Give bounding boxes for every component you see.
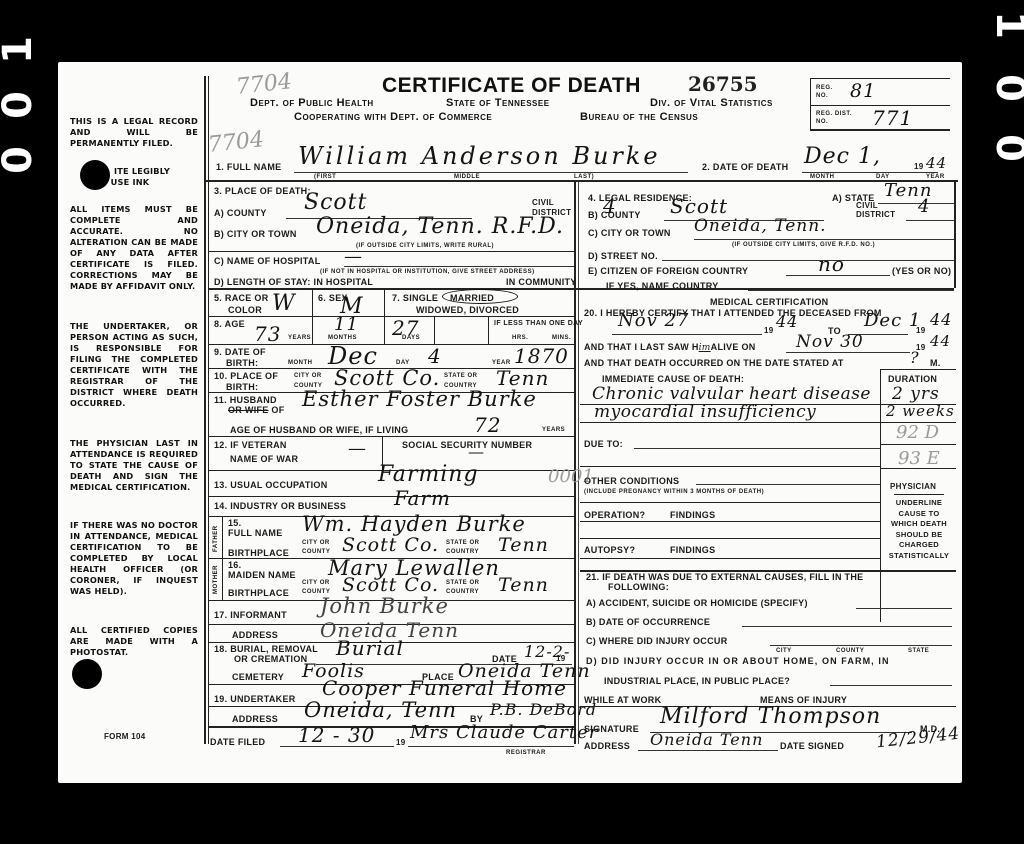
- full-name-value[interactable]: William Anderson Burke: [298, 142, 661, 170]
- signature-label: SIGNATURE: [584, 724, 639, 734]
- reg-no-value: 81: [850, 80, 876, 102]
- from-year-value[interactable]: 44: [776, 312, 798, 331]
- age-label: 8. AGE: [214, 319, 245, 329]
- dob-day-value[interactable]: 4: [428, 344, 442, 368]
- full-name-label: 1. FULL NAME: [216, 162, 281, 172]
- dob-year-value[interactable]: 1870: [514, 344, 569, 368]
- other-conditions-label: OTHER CONDITIONS: [584, 476, 679, 486]
- to-century: 19: [916, 326, 926, 335]
- date-filed-value[interactable]: 12 - 30: [298, 723, 375, 747]
- notice-legal-record: THIS IS A LEGAL RECORD AND WILL BE PERMA…: [70, 116, 198, 149]
- film-frame-mark-right-3: 0: [990, 134, 1024, 162]
- date-filed-label: DATE FILED: [210, 737, 265, 747]
- spouse-age-value[interactable]: 72: [474, 413, 501, 437]
- widowed-divorced-label: WIDOWED, DIVORCED: [416, 305, 519, 315]
- death-century: 19: [914, 162, 924, 171]
- date-of-death-label: 2. DATE OF DEATH: [702, 162, 788, 172]
- death-certificate-document: THIS IS A LEGAL RECORD AND WILL BE PERMA…: [58, 62, 962, 783]
- film-frame-mark-left-1: 1: [0, 36, 38, 64]
- undertaker-address-label: ADDRESS: [232, 714, 278, 724]
- death-county-value[interactable]: Scott: [304, 190, 367, 215]
- hospital-note: (IF NOT IN HOSPITAL OR INSTITUTION, GIVE…: [320, 269, 535, 275]
- film-frame-mark-right-1: 1: [990, 11, 1024, 39]
- industry-value[interactable]: Farm: [394, 486, 451, 510]
- birthplace-label: 10. PLACE OF: [214, 371, 278, 381]
- form-number: FORM 104: [104, 732, 146, 741]
- duration-2-value[interactable]: 2 weeks: [886, 402, 955, 420]
- residence-civil-label: CIVIL: [856, 201, 878, 210]
- last-saw-label: AND THAT I LAST SAW HimALIVE ON: [584, 342, 756, 353]
- film-frame-mark-left-3: 0: [0, 146, 38, 174]
- header-bottom-rule: [204, 180, 958, 182]
- reg-dist-label: REG. DIST. NO.: [816, 110, 864, 126]
- other-conditions-note: (INCLUDE PREGNANCY WITHIN 3 MONTHS OF DE…: [584, 489, 764, 495]
- physician-address-label: ADDRESS: [584, 741, 630, 751]
- mother-state-caption-2: COUNTRY: [446, 589, 479, 595]
- length-of-stay-label: D) LENGTH OF STAY: IN HOSPITAL: [214, 277, 373, 287]
- external-causes-label: 21. IF DEATH WAS DUE TO EXTERNAL CAUSES,…: [586, 572, 863, 582]
- undertaker-value[interactable]: Cooper Funeral Home: [322, 676, 567, 700]
- informant-label: 17. INFORMANT: [214, 610, 287, 620]
- date-signed-label: DATE SIGNED: [780, 741, 844, 751]
- operation-label: OPERATION?: [584, 510, 645, 520]
- father-city-caption-1: CITY OR: [302, 540, 330, 546]
- color-label: COLOR: [228, 305, 262, 315]
- cause-1-value[interactable]: Chronic valvular heart disease: [592, 384, 871, 404]
- form-left-border: [204, 76, 206, 744]
- or-wife-struck-label: OR WIFE: [228, 405, 269, 415]
- race-label: 5. RACE OR: [214, 293, 269, 303]
- birthplace-state-caption-1: STATE OR: [444, 373, 477, 379]
- residence-city-note: (IF OUTSIDE CITY LIMITS, GIVE R.F.D. NO.…: [732, 242, 875, 248]
- occupation-value[interactable]: Farming: [378, 462, 479, 487]
- notice-photostat: ALL CERTIFIED COPIES ARE MADE WITH A PHO…: [70, 625, 198, 658]
- registrar-signature[interactable]: Mrs Claude Carter: [410, 722, 598, 743]
- header-div-vital-statistics: Div. of Vital Statistics: [650, 97, 773, 109]
- immediate-cause-label: IMMEDIATE CAUSE OF DEATH:: [602, 374, 744, 384]
- residence-county-label: B) COUNTY: [588, 210, 641, 220]
- father-name-label: FULL NAME: [228, 528, 283, 538]
- time-suffix: M.: [930, 358, 941, 368]
- veteran-label: 12. IF VETERAN: [214, 440, 287, 450]
- physician-box-title: PHYSICIAN: [890, 482, 936, 491]
- residence-city-label: C) CITY OR TOWN: [588, 228, 671, 238]
- last-saw-value[interactable]: Nov 30: [796, 332, 864, 352]
- death-civil-label: CIVIL: [532, 198, 554, 207]
- father-side-label: FATHER: [213, 525, 219, 552]
- occupation-label: 13. USUAL OCCUPATION: [214, 480, 328, 490]
- certificate-number: 26755: [688, 72, 758, 96]
- mother-item-number: 16.: [228, 560, 241, 570]
- pencil-number-name-row: 7704: [207, 127, 265, 158]
- injury-county-caption: COUNTY: [836, 648, 864, 654]
- filed-century: 19: [396, 738, 406, 747]
- time-of-death-value[interactable]: ?: [910, 348, 920, 367]
- notice-write-legibly: ITE LEGIBLY USE INK: [70, 166, 190, 188]
- header-bureau-census: Bureau of the Census: [580, 111, 698, 123]
- film-frame-mark-right-2: 0: [990, 74, 1024, 102]
- pencil-code-2: 93 E: [898, 448, 940, 469]
- certificate-title: CERTIFICATE OF DEATH: [382, 74, 641, 98]
- autopsy-findings-label: FINDINGS: [670, 545, 715, 555]
- death-city-label: B) CITY OR TOWN: [214, 229, 297, 239]
- duration-label: DURATION: [888, 374, 937, 384]
- of-label: OF: [269, 405, 285, 415]
- spouse-age-label: AGE OF HUSBAND OR WIFE, IF LIVING: [230, 425, 408, 435]
- date-signed-value[interactable]: 12/29/44: [875, 724, 961, 753]
- father-birthplace-city-value[interactable]: Scott Co.: [342, 534, 439, 556]
- minutes-caption: MINS.: [552, 335, 571, 341]
- death-year-value[interactable]: 44: [926, 154, 947, 172]
- from-century: 19: [764, 326, 774, 335]
- spouse-name-value[interactable]: Esther Foster Burke: [302, 387, 537, 411]
- veteran-value[interactable]: —: [348, 438, 367, 459]
- residence-district-value[interactable]: 4: [918, 196, 930, 217]
- attended-to-value[interactable]: Dec 1: [864, 310, 921, 331]
- cremation-label: OR CREMATION: [234, 654, 307, 664]
- dob-label-2: BIRTH:: [226, 358, 258, 368]
- death-city-value[interactable]: Oneida, Tenn. R.F.D.: [316, 214, 564, 239]
- last-saw-label-b: ALIVE ON: [711, 342, 756, 352]
- last-saw-year-value[interactable]: 44: [930, 332, 951, 350]
- race-value[interactable]: W: [272, 291, 296, 316]
- mother-birthplace-label: BIRTHPLACE: [228, 588, 289, 598]
- mother-city-caption-1: CITY OR: [302, 580, 330, 586]
- father-state-caption-1: STATE OR: [446, 540, 479, 546]
- ssn-value[interactable]: —: [468, 442, 485, 461]
- notice-all-items: ALL ITEMS MUST BE COMPLETE AND ACCURATE.…: [70, 204, 198, 292]
- spouse-years-caption: YEARS: [542, 427, 565, 433]
- last-saw-label-a: AND THAT I LAST SAW H: [584, 342, 699, 352]
- date-of-death-value[interactable]: Dec 1,: [804, 144, 881, 169]
- injury-place-label: D) DID INJURY OCCUR IN OR ABOUT HOME, ON…: [586, 656, 890, 666]
- citizen-label: E) CITIZEN OF FOREIGN COUNTRY: [588, 266, 748, 276]
- death-county-label: A) COUNTY: [214, 208, 267, 218]
- time-of-death-label: AND THAT DEATH OCCURRED ON THE DATE STAT…: [584, 358, 844, 368]
- informant-value[interactable]: John Burke: [320, 594, 449, 618]
- header-cooperating: Cooperating with Dept. of Commerce: [294, 111, 492, 123]
- autopsy-label: AUTOPSY?: [584, 545, 635, 555]
- dob-label: 9. DATE OF: [214, 347, 266, 357]
- undertaker-label: 19. UNDERTAKER: [214, 694, 296, 704]
- age-years-caption: YEARS: [288, 335, 311, 341]
- operation-findings-label: FINDINGS: [670, 510, 715, 520]
- mother-name-label: MAIDEN NAME: [228, 570, 296, 580]
- mother-side-label: MOTHER: [213, 565, 219, 594]
- mother-birthplace-city-value[interactable]: Scott Co.: [342, 574, 439, 596]
- father-birthplace-label: BIRTHPLACE: [228, 548, 289, 558]
- reg-dist-value: 771: [872, 106, 913, 130]
- undertaker-by-signature[interactable]: P.B. DeBord: [490, 700, 597, 719]
- hospital-value[interactable]: —: [344, 246, 363, 267]
- where-injury-label: C) WHERE DID INJURY OCCUR: [586, 636, 728, 646]
- duration-1-value[interactable]: 2 yrs: [892, 384, 940, 404]
- pencil-code-1: 92 D: [896, 422, 939, 443]
- hospital-label: C) NAME OF HOSPITAL: [214, 256, 321, 266]
- header-dept-public-health: Dept. of Public Health: [250, 97, 374, 109]
- pencil-number-top: 7704: [235, 69, 293, 100]
- age-months-caption: MONTHS: [328, 335, 357, 341]
- notice-write-legibly-line1: ITE LEGIBLY: [70, 166, 190, 177]
- duration-column-divider: [880, 369, 881, 622]
- physician-signature[interactable]: Milford Thompson: [660, 704, 881, 729]
- father-state-caption-2: COUNTRY: [446, 549, 479, 555]
- informant-address-label: ADDRESS: [232, 630, 278, 640]
- single-label: 7. SINGLE: [392, 293, 438, 303]
- form-left-border-inner: [208, 76, 209, 744]
- registrar-caption: REGISTRAR: [506, 750, 546, 756]
- notice-undertaker: THE UNDERTAKER, OR PERSON ACTING AS SUCH…: [70, 321, 198, 409]
- physician-address-value[interactable]: Oneida Tenn: [650, 730, 763, 749]
- physician-underline-note: UNDERLINE CAUSE TO WHICH DEATH SHOULD BE…: [884, 498, 954, 561]
- citizen-yes-no: (YES OR NO): [892, 266, 951, 276]
- cemetery-label: CEMETERY: [232, 672, 284, 682]
- to-year-value[interactable]: 44: [930, 310, 952, 329]
- or-wife-of-label: OR WIFE OF: [228, 405, 285, 415]
- age-months-value[interactable]: 11: [334, 314, 359, 335]
- medical-cert-title: MEDICAL CERTIFICATION: [710, 297, 828, 307]
- disposition-value[interactable]: Burial: [336, 636, 404, 660]
- section-rule-1: [208, 288, 954, 290]
- mother-state-caption-1: STATE OR: [446, 580, 479, 586]
- father-name-value[interactable]: Wm. Hayden Burke: [302, 512, 526, 536]
- street-no-label: D) STREET NO.: [588, 251, 658, 261]
- death-city-note: (IF OUTSIDE CITY LIMITS, WRITE RURAL): [356, 243, 494, 249]
- dob-month-caption: MONTH: [288, 360, 313, 366]
- notice-physician: THE PHYSICIAN LAST IN ATTENDANCE IS REQU…: [70, 438, 198, 493]
- citizen-value[interactable]: no: [818, 252, 845, 276]
- due-to-label: DUE TO:: [584, 439, 623, 449]
- film-frame-mark-left-2: 0: [0, 91, 38, 119]
- married-label[interactable]: MARRIED: [450, 293, 494, 303]
- in-community-label: IN COMMUNITY: [506, 277, 577, 287]
- undertaker-address-value[interactable]: Oneida, Tenn: [304, 698, 457, 722]
- residence-district-label: DISTRICT: [856, 210, 895, 219]
- father-city-caption-2: COUNTY: [302, 549, 330, 555]
- header-state: State of Tennessee: [446, 97, 550, 109]
- cause-2-value[interactable]: myocardial insufficiency: [594, 402, 816, 422]
- accident-label: A) ACCIDENT, SUICIDE OR HOMICIDE (SPECIF…: [586, 598, 808, 608]
- hours-caption: HRS.: [512, 335, 528, 341]
- burial-label: 18. BURIAL, REMOVAL: [214, 644, 318, 654]
- reg-no-label: REG. NO.: [816, 84, 838, 100]
- external-causes-label-2: FOLLOWING:: [608, 582, 669, 592]
- notice-write-legibly-line2: USE INK: [70, 177, 190, 188]
- injury-city-caption: CITY: [776, 648, 792, 654]
- place-of-death-label: 3. PLACE OF DEATH:: [214, 186, 311, 196]
- punch-hole-bottom: [72, 659, 102, 689]
- attended-from-value[interactable]: Nov 27: [618, 310, 689, 331]
- father-birthplace-state-value[interactable]: Tenn: [498, 534, 549, 556]
- mother-birthplace-state-value[interactable]: Tenn: [498, 574, 549, 596]
- injury-place-label-2: INDUSTRIAL PLACE, IN PUBLIC PLACE?: [604, 676, 790, 686]
- age-years-value[interactable]: 73: [254, 322, 281, 346]
- father-item-number: 15.: [228, 518, 241, 528]
- age-days-caption: DAYS: [402, 335, 420, 341]
- birthplace-label-2: BIRTH:: [226, 382, 258, 392]
- husband-label: 11. HUSBAND: [214, 395, 277, 405]
- notice-no-doctor: IF THERE WAS NO DOCTOR IN ATTENDANCE, ME…: [70, 520, 198, 597]
- form-right-border: [954, 182, 956, 288]
- war-name-label: NAME OF WAR: [230, 454, 298, 464]
- birthplace-city-caption-1: CITY OR: [294, 373, 322, 379]
- residence-city-value[interactable]: Oneida, Tenn.: [694, 216, 827, 236]
- date-of-occurrence-label: B) DATE OF OCCURRENCE: [586, 617, 710, 627]
- less-than-day-label: IF LESS THAN ONE DAY: [494, 320, 583, 327]
- injury-state-caption: STATE: [908, 648, 929, 654]
- residence-county-value[interactable]: Scott: [670, 194, 728, 218]
- last-saw-him-handwritten[interactable]: im: [699, 343, 711, 353]
- while-at-work-label: WHILE AT WORK: [584, 695, 661, 705]
- industry-label: 14. INDUSTRY OR BUSINESS: [214, 501, 346, 511]
